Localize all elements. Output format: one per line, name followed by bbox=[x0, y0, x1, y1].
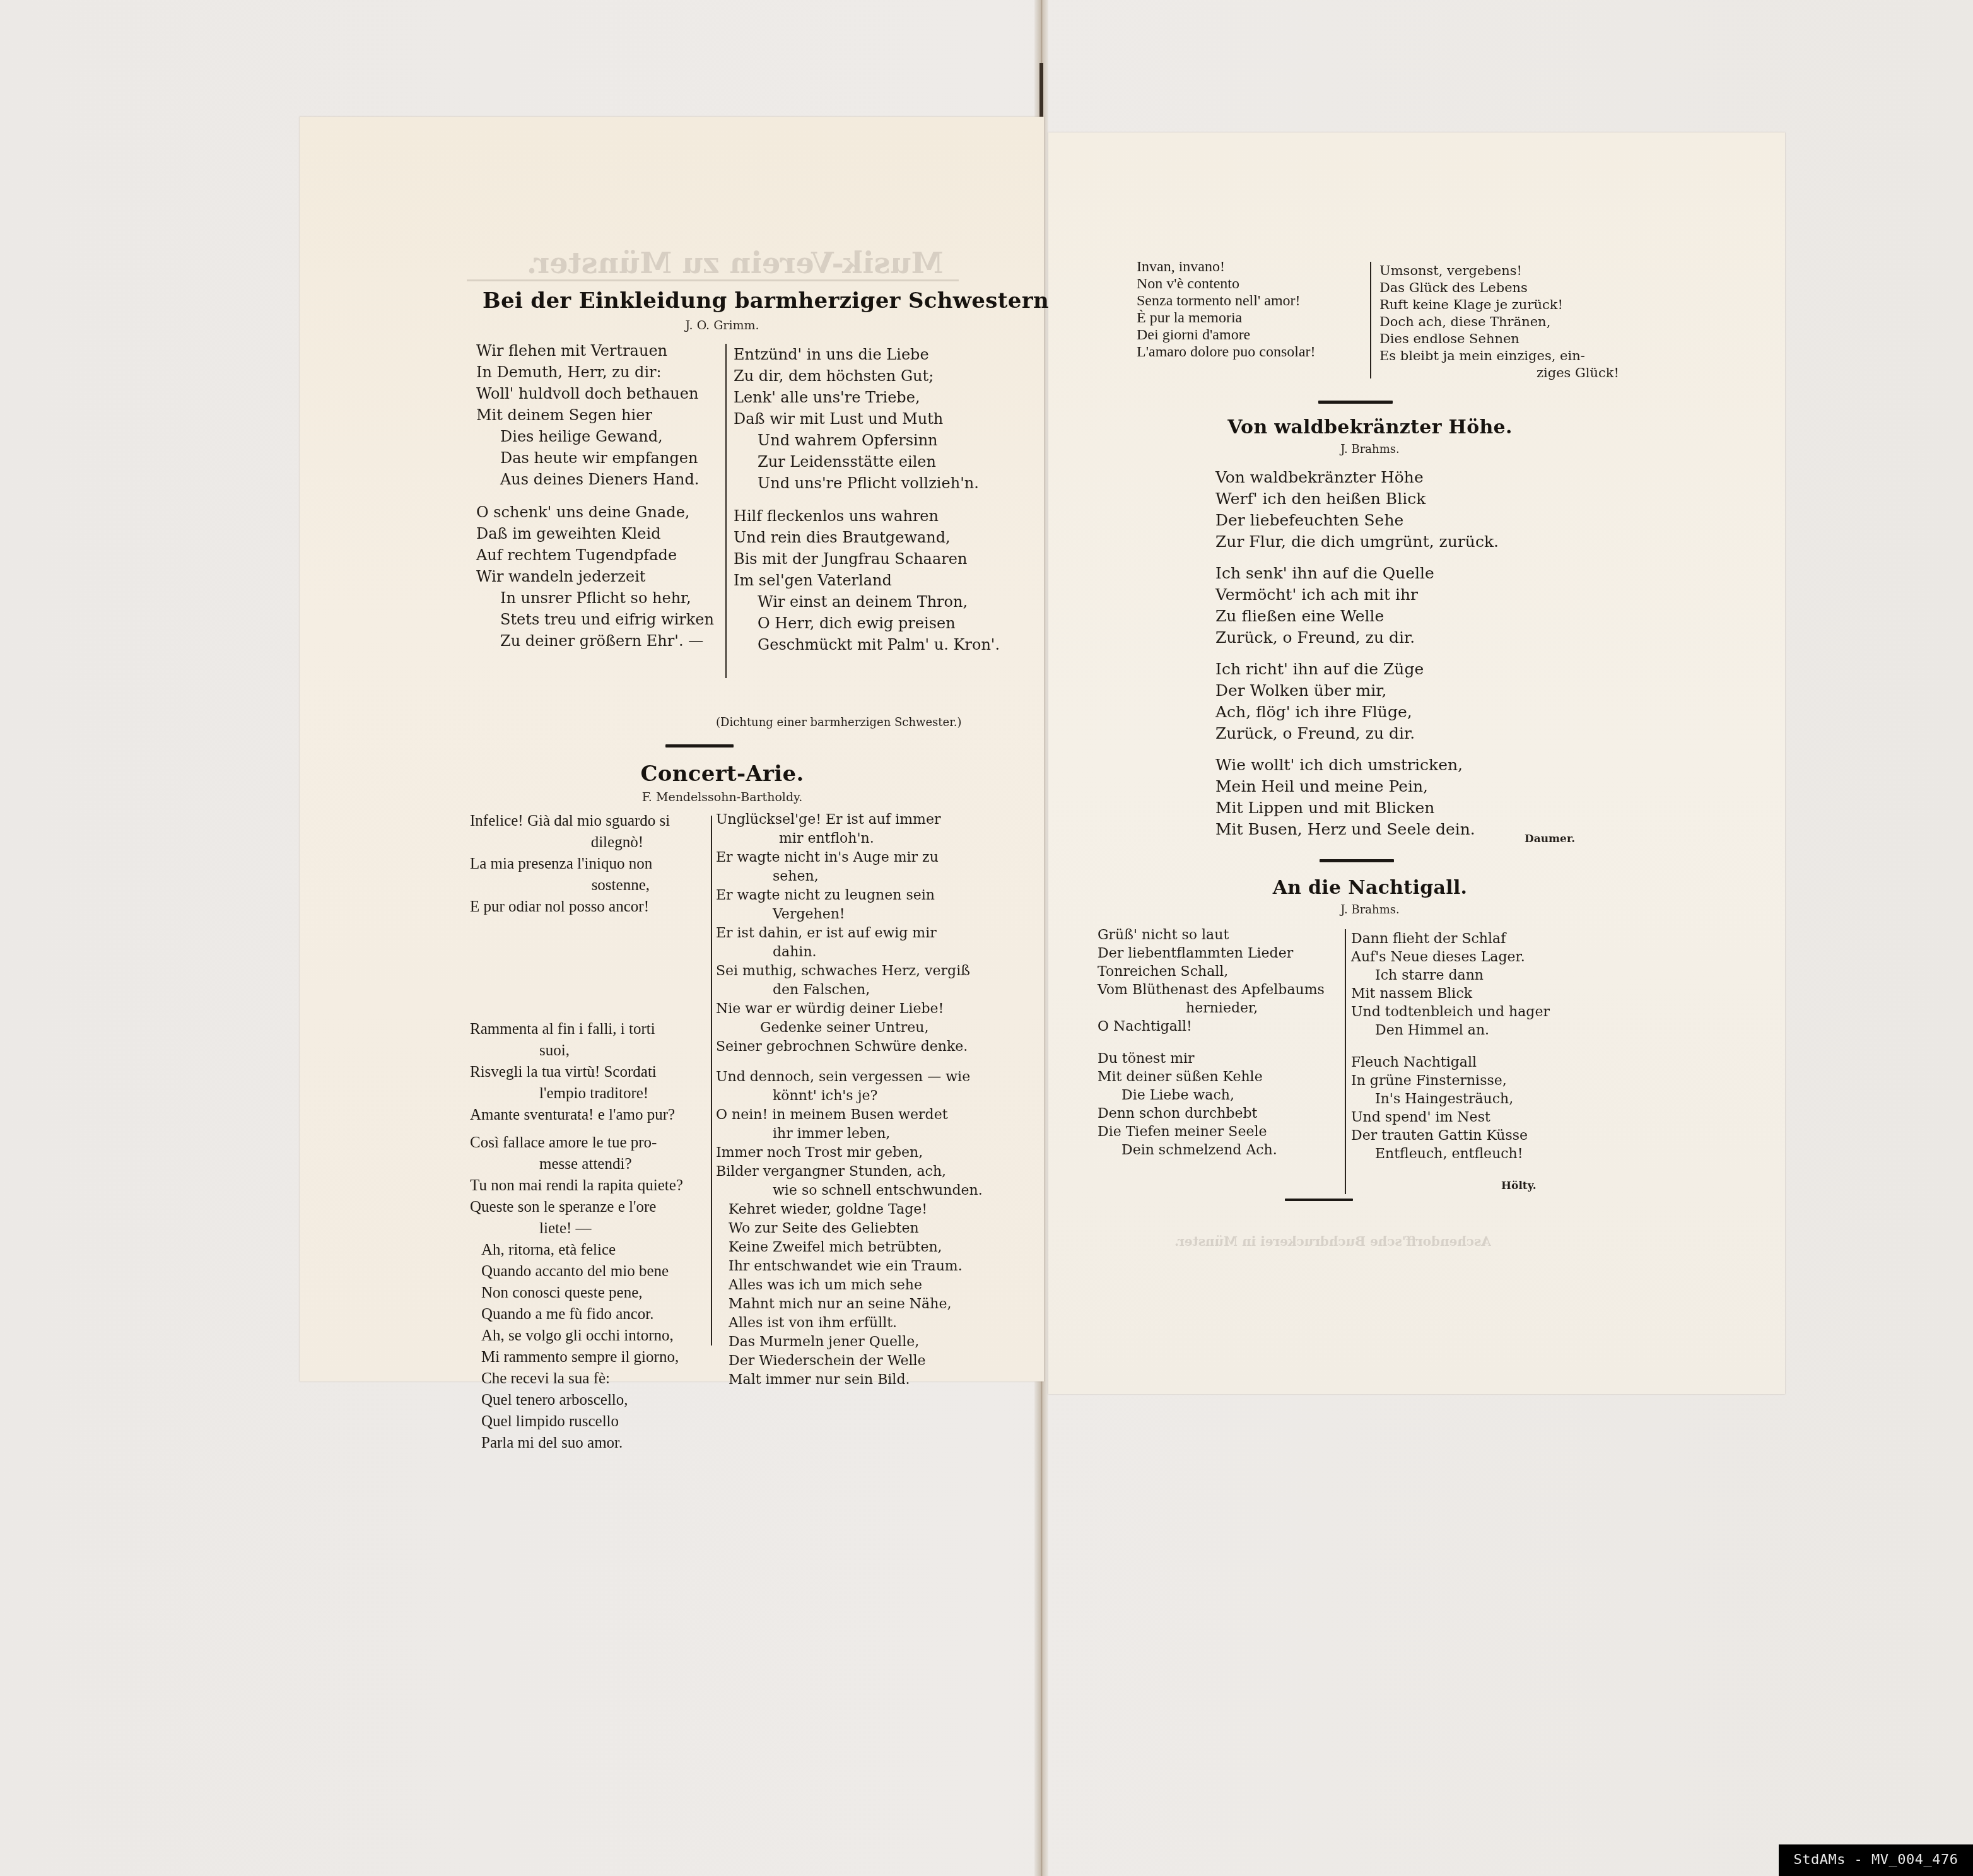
verse-line: Zur Leidensstätte eilen bbox=[734, 451, 986, 472]
verse-line: Zu fließen eine Welle bbox=[1215, 606, 1543, 627]
verse-line: Entfleuch, entfleuch! bbox=[1351, 1145, 1566, 1163]
verse-line: dahin. bbox=[716, 943, 968, 962]
verse-line: Von waldbekränzter Höhe bbox=[1215, 467, 1543, 488]
verse-line: La mia presenza l'iniquo non bbox=[470, 853, 706, 875]
verse-line: Die Liebe wach, bbox=[1098, 1086, 1312, 1105]
verse-line: Nie war er würdig deiner Liebe! bbox=[716, 1000, 968, 1019]
column-divider bbox=[725, 344, 727, 678]
verse-line: Tu non mai rendi la rapita quiete? bbox=[470, 1175, 706, 1197]
poem1-title: Bei der Einkleidung barmherziger Schwest… bbox=[483, 288, 962, 314]
verse-line: Wir einst an deinem Thron, bbox=[734, 591, 986, 613]
verse-line: Daß im geweihten Kleid bbox=[476, 523, 722, 544]
verse-line: suoi, bbox=[470, 1040, 706, 1062]
verse-line: Dies endlose Sehnen bbox=[1379, 331, 1619, 348]
verse-line: Daß wir mit Lust und Muth bbox=[734, 408, 986, 430]
verse-line: sehen, bbox=[716, 867, 968, 886]
verse-line: Quando accanto del mio bene bbox=[470, 1261, 706, 1282]
verse-line: sostenne, bbox=[470, 875, 706, 896]
verse-line: Auf rechtem Tugendpfade bbox=[476, 544, 722, 566]
verse-line: Woll' huldvoll doch bethauen bbox=[476, 383, 722, 404]
verse-line: Zu deiner größern Ehr'. — bbox=[476, 630, 722, 652]
verse-line: In's Haingesträuch, bbox=[1351, 1090, 1566, 1108]
verse-line: Ich starre dann bbox=[1351, 966, 1566, 985]
verse-line: Keine Zweifel mich betrübten, bbox=[716, 1238, 968, 1257]
verse-line: Bilder vergangner Stunden, ach, bbox=[716, 1163, 968, 1181]
catalog-label: StdAMs - MV_004_476 bbox=[1779, 1844, 1973, 1876]
poem3-poet: Daumer. bbox=[1525, 833, 1575, 845]
verse-line: Sei muthig, schwaches Herz, vergiß bbox=[716, 962, 968, 981]
poem4-author: J. Brahms. bbox=[1111, 903, 1629, 917]
verse-line: Invan, invano! bbox=[1137, 259, 1364, 276]
bleed-through-rule bbox=[467, 279, 959, 281]
verse-line: Ich richt' ihn auf die Züge bbox=[1215, 659, 1543, 680]
verse-line: Ah, se volgo gli occhi intorno, bbox=[470, 1325, 706, 1347]
verse-line: Mahnt mich nur an seine Nähe, bbox=[716, 1295, 968, 1314]
section-separator bbox=[1318, 401, 1393, 404]
verse-line: Malt immer nur sein Bild. bbox=[716, 1371, 968, 1390]
verse-line: Denn schon durchbebt bbox=[1098, 1105, 1312, 1123]
verse-line: Parla mi del suo amor. bbox=[470, 1433, 706, 1454]
column-divider bbox=[711, 816, 712, 1345]
verse-line: Quel limpido ruscello bbox=[470, 1411, 706, 1433]
verse-line: Den Himmel an. bbox=[1351, 1021, 1566, 1040]
verse-line: liete! — bbox=[470, 1218, 706, 1240]
verse-line: Tonreichen Schall, bbox=[1098, 963, 1312, 981]
right-page: Invan, invano! Non v'è contento Senza to… bbox=[1048, 132, 1785, 1394]
verse-line: Mit deinem Segen hier bbox=[476, 404, 722, 426]
section-separator bbox=[1320, 859, 1394, 862]
verse-line: könnt' ich's je? bbox=[716, 1087, 968, 1106]
verse-line: Quando a me fù fido ancor. bbox=[470, 1304, 706, 1325]
verse-line: mir entfloh'n. bbox=[716, 830, 968, 848]
verse-line: Das heute wir empfangen bbox=[476, 447, 722, 469]
verse-line: Lenk' alle uns're Triebe, bbox=[734, 387, 986, 408]
poem3-title: Von waldbekränzter Höhe. bbox=[1111, 416, 1629, 438]
verse-line: Fleuch Nachtigall bbox=[1351, 1053, 1566, 1072]
verse-line: Alles ist von ihm erfüllt. bbox=[716, 1314, 968, 1333]
verse-line: Ah, ritorna, età felice bbox=[470, 1240, 706, 1261]
verse-line: In unsrer Pflicht so hehr, bbox=[476, 587, 722, 609]
verse-line: Dies heilige Gewand, bbox=[476, 426, 722, 447]
verse-line: Aus deines Dieners Hand. bbox=[476, 469, 722, 490]
verse-line: Geschmückt mit Palm' u. Kron'. bbox=[734, 634, 986, 655]
verse-line: Mit Busen, Herz und Seele dein. bbox=[1215, 819, 1543, 840]
verse-line: hernieder, bbox=[1098, 999, 1312, 1017]
verse-line: Ach, flög' ich ihre Flüge, bbox=[1215, 701, 1543, 723]
verse-line: Er wagte nicht in's Auge mir zu bbox=[716, 848, 968, 867]
verse-line: Rammenta al fin i falli, i torti bbox=[470, 1019, 706, 1040]
verse-line: Dei giorni d'amore bbox=[1137, 327, 1364, 344]
verse-line: Kehret wieder, goldne Tage! bbox=[716, 1200, 968, 1219]
verse-line: Ruft keine Klage je zurück! bbox=[1379, 296, 1619, 314]
verse-line: Im sel'gen Vaterland bbox=[734, 570, 986, 591]
verse-line: Immer noch Trost mir geben, bbox=[716, 1144, 968, 1163]
verse-line: L'amaro dolore puo consolar! bbox=[1137, 344, 1364, 361]
poem4-title: An die Nachtigall. bbox=[1111, 877, 1629, 899]
verse-line: Wo zur Seite des Geliebten bbox=[716, 1219, 968, 1238]
verse-line: ziges Glück! bbox=[1379, 365, 1619, 382]
poem2-italian-column: Infelice! Già dal mio sguardo si dilegnò… bbox=[470, 811, 706, 1454]
verse-line: Und rein dies Brautgewand, bbox=[734, 527, 986, 548]
verse-line: Und uns're Pflicht vollzieh'n. bbox=[734, 472, 986, 494]
verse-line: Risvegli la tua virtù! Scordati bbox=[470, 1062, 706, 1083]
verse-line: Er ist dahin, er ist auf ewig mir bbox=[716, 924, 968, 943]
verse-line: messe attendi? bbox=[470, 1154, 706, 1175]
verse-line: Dein schmelzend Ach. bbox=[1098, 1141, 1312, 1159]
verse-line: Wir wandeln jederzeit bbox=[476, 566, 722, 587]
verse-line: dilegnò! bbox=[470, 832, 706, 853]
verse-line: Zurück, o Freund, zu dir. bbox=[1215, 627, 1543, 648]
column-divider bbox=[1345, 929, 1346, 1194]
column-divider bbox=[1370, 262, 1371, 378]
verse-line: Gedenke seiner Untreu, bbox=[716, 1019, 968, 1038]
bleed-through-footer: Aschendorff'sche Buchdruckerei in Münste… bbox=[1174, 1234, 1491, 1249]
verse-line: Così fallace amore le tue pro- bbox=[470, 1132, 706, 1154]
poem2-author: F. Mendelssohn-Bartholdy. bbox=[483, 790, 962, 804]
verse-line: Mit Lippen und mit Blicken bbox=[1215, 797, 1543, 819]
verse-line: Quel tenero arboscello, bbox=[470, 1390, 706, 1411]
verse-line: Vom Blüthenast des Apfelbaums bbox=[1098, 981, 1312, 999]
poem1-attribution-note: (Dichtung einer barmherzigen Schwester.) bbox=[716, 716, 962, 729]
verse-line: Dann flieht der Schlaf bbox=[1351, 930, 1566, 948]
verse-line: Amante sventurata! e l'amo pur? bbox=[470, 1105, 706, 1126]
verse-line: O Herr, dich ewig preisen bbox=[734, 613, 986, 634]
verse-line: Er wagte nicht zu leugnen sein bbox=[716, 886, 968, 905]
verse-line: wie so schnell entschwunden. bbox=[716, 1181, 968, 1200]
verse-line: Und todtenbleich und hager bbox=[1351, 1003, 1566, 1021]
verse-line: Das Murmeln jener Quelle, bbox=[716, 1333, 968, 1352]
verse-line: O Nachtigall! bbox=[1098, 1017, 1312, 1036]
poem4-left-column: Grüß' nicht so laut Der liebentflammten … bbox=[1098, 926, 1312, 1159]
verse-line: Der liebentflammten Lieder bbox=[1098, 944, 1312, 963]
verse-line: Es bleibt ja mein einziges, ein- bbox=[1379, 348, 1619, 365]
verse-line: Hilf fleckenlos uns wahren bbox=[734, 505, 986, 527]
verse-line: O nein! in meinem Busen werdet bbox=[716, 1106, 968, 1125]
verse-line: Vermöcht' ich ach mit ihr bbox=[1215, 584, 1543, 606]
verse-line: Zu dir, dem höchsten Gut; bbox=[734, 365, 986, 387]
poem1-right-column: Entzünd' in uns die Liebe Zu dir, dem hö… bbox=[734, 344, 986, 655]
verse-line: Und spend' im Nest bbox=[1351, 1108, 1566, 1127]
verse-line: Queste son le speranze e l'ore bbox=[470, 1197, 706, 1218]
verse-line: Non conosci queste pene, bbox=[470, 1282, 706, 1304]
verse-line: Du tönest mir bbox=[1098, 1050, 1312, 1068]
poem1-left-column: Wir flehen mit Vertrauen In Demuth, Herr… bbox=[476, 340, 722, 652]
verse-line: Wie wollt' ich dich umstricken, bbox=[1215, 754, 1543, 776]
verse-line: È pur la memoria bbox=[1137, 310, 1364, 327]
verse-line: Das Glück des Lebens bbox=[1379, 279, 1619, 296]
verse-line: Infelice! Già dal mio sguardo si bbox=[470, 811, 706, 832]
verse-line: Non v'è contento bbox=[1137, 276, 1364, 293]
verse-line: In Demuth, Herr, zu dir: bbox=[476, 361, 722, 383]
verse-line: Werf' ich den heißen Blick bbox=[1215, 488, 1543, 510]
verse-line: Der trauten Gattin Küsse bbox=[1351, 1127, 1566, 1145]
verse-line: Che recevi la sua fè: bbox=[470, 1368, 706, 1390]
verse-line: Bis mit der Jungfrau Schaaren bbox=[734, 548, 986, 570]
bleed-through-header: Musik-Verein zu Münster. bbox=[527, 246, 944, 280]
poem3-author: J. Brahms. bbox=[1111, 443, 1629, 456]
verse-line: Mit deiner süßen Kehle bbox=[1098, 1068, 1312, 1086]
poem4-right-column: Dann flieht der Schlaf Auf's Neue dieses… bbox=[1351, 930, 1566, 1163]
verse-line: Der Wiederschein der Welle bbox=[716, 1352, 968, 1371]
verse-line: Ich senk' ihn auf die Quelle bbox=[1215, 563, 1543, 584]
verse-line: Seiner gebrochnen Schwüre denke. bbox=[716, 1038, 968, 1057]
verse-line: Doch ach, diese Thränen, bbox=[1379, 314, 1619, 331]
verse-line: den Falschen, bbox=[716, 981, 968, 1000]
verse-line: Stets treu und eifrig wirken bbox=[476, 609, 722, 630]
verse-line: E pur odiar nol posso ancor! bbox=[470, 896, 706, 918]
verse-line: Entzünd' in uns die Liebe bbox=[734, 344, 986, 365]
verse-line: Die Tiefen meiner Seele bbox=[1098, 1123, 1312, 1141]
continuation-italian-column: Invan, invano! Non v'è contento Senza to… bbox=[1137, 259, 1364, 361]
verse-line: ihr immer leben, bbox=[716, 1125, 968, 1144]
verse-line: Zurück, o Freund, zu dir. bbox=[1215, 723, 1543, 744]
verse-line: Mit nassem Blick bbox=[1351, 985, 1566, 1003]
poem1-author: J. O. Grimm. bbox=[483, 319, 962, 332]
verse-line: Grüß' nicht so laut bbox=[1098, 926, 1312, 944]
verse-line: l'empio traditore! bbox=[470, 1083, 706, 1105]
verse-line: Der liebefeuchten Sehe bbox=[1215, 510, 1543, 531]
section-separator bbox=[1285, 1199, 1353, 1201]
verse-line: Wir flehen mit Vertrauen bbox=[476, 340, 722, 361]
verse-line: Und wahrem Opfersinn bbox=[734, 430, 986, 451]
verse-line: Alles was ich um mich sehe bbox=[716, 1276, 968, 1295]
verse-line: Senza tormento nell' amor! bbox=[1137, 293, 1364, 310]
verse-line: O schenk' uns deine Gnade, bbox=[476, 501, 722, 523]
verse-line: Mi rammento sempre il giorno, bbox=[470, 1347, 706, 1368]
verse-line: Mein Heil und meine Pein, bbox=[1215, 776, 1543, 797]
left-page: Musik-Verein zu Münster. Bei der Einklei… bbox=[300, 117, 1044, 1381]
verse-line: Unglücksel'ge! Er ist auf immer bbox=[716, 811, 968, 830]
poem4-poet: Hölty. bbox=[1501, 1180, 1537, 1192]
poem2-title: Concert-Arie. bbox=[483, 761, 962, 787]
verse-line: Zur Flur, die dich umgrünt, zurück. bbox=[1215, 531, 1543, 553]
verse-line: Und dennoch, sein vergessen — wie bbox=[716, 1068, 968, 1087]
verse-line: Vergehen! bbox=[716, 905, 968, 924]
continuation-german-column: Umsonst, vergebens! Das Glück des Lebens… bbox=[1379, 262, 1619, 382]
verse-line: In grüne Finsternisse, bbox=[1351, 1072, 1566, 1090]
verse-line: Auf's Neue dieses Lager. bbox=[1351, 948, 1566, 966]
verse-line: Umsonst, vergebens! bbox=[1379, 262, 1619, 279]
poem2-german-column: Unglücksel'ge! Er ist auf immer mir entf… bbox=[716, 811, 968, 1390]
verse-line: Ihr entschwandet wie ein Traum. bbox=[716, 1257, 968, 1276]
poem3-body: Von waldbekränzter Höhe Werf' ich den he… bbox=[1215, 467, 1543, 840]
verse-line: Der Wolken über mir, bbox=[1215, 680, 1543, 701]
section-separator bbox=[665, 744, 734, 747]
